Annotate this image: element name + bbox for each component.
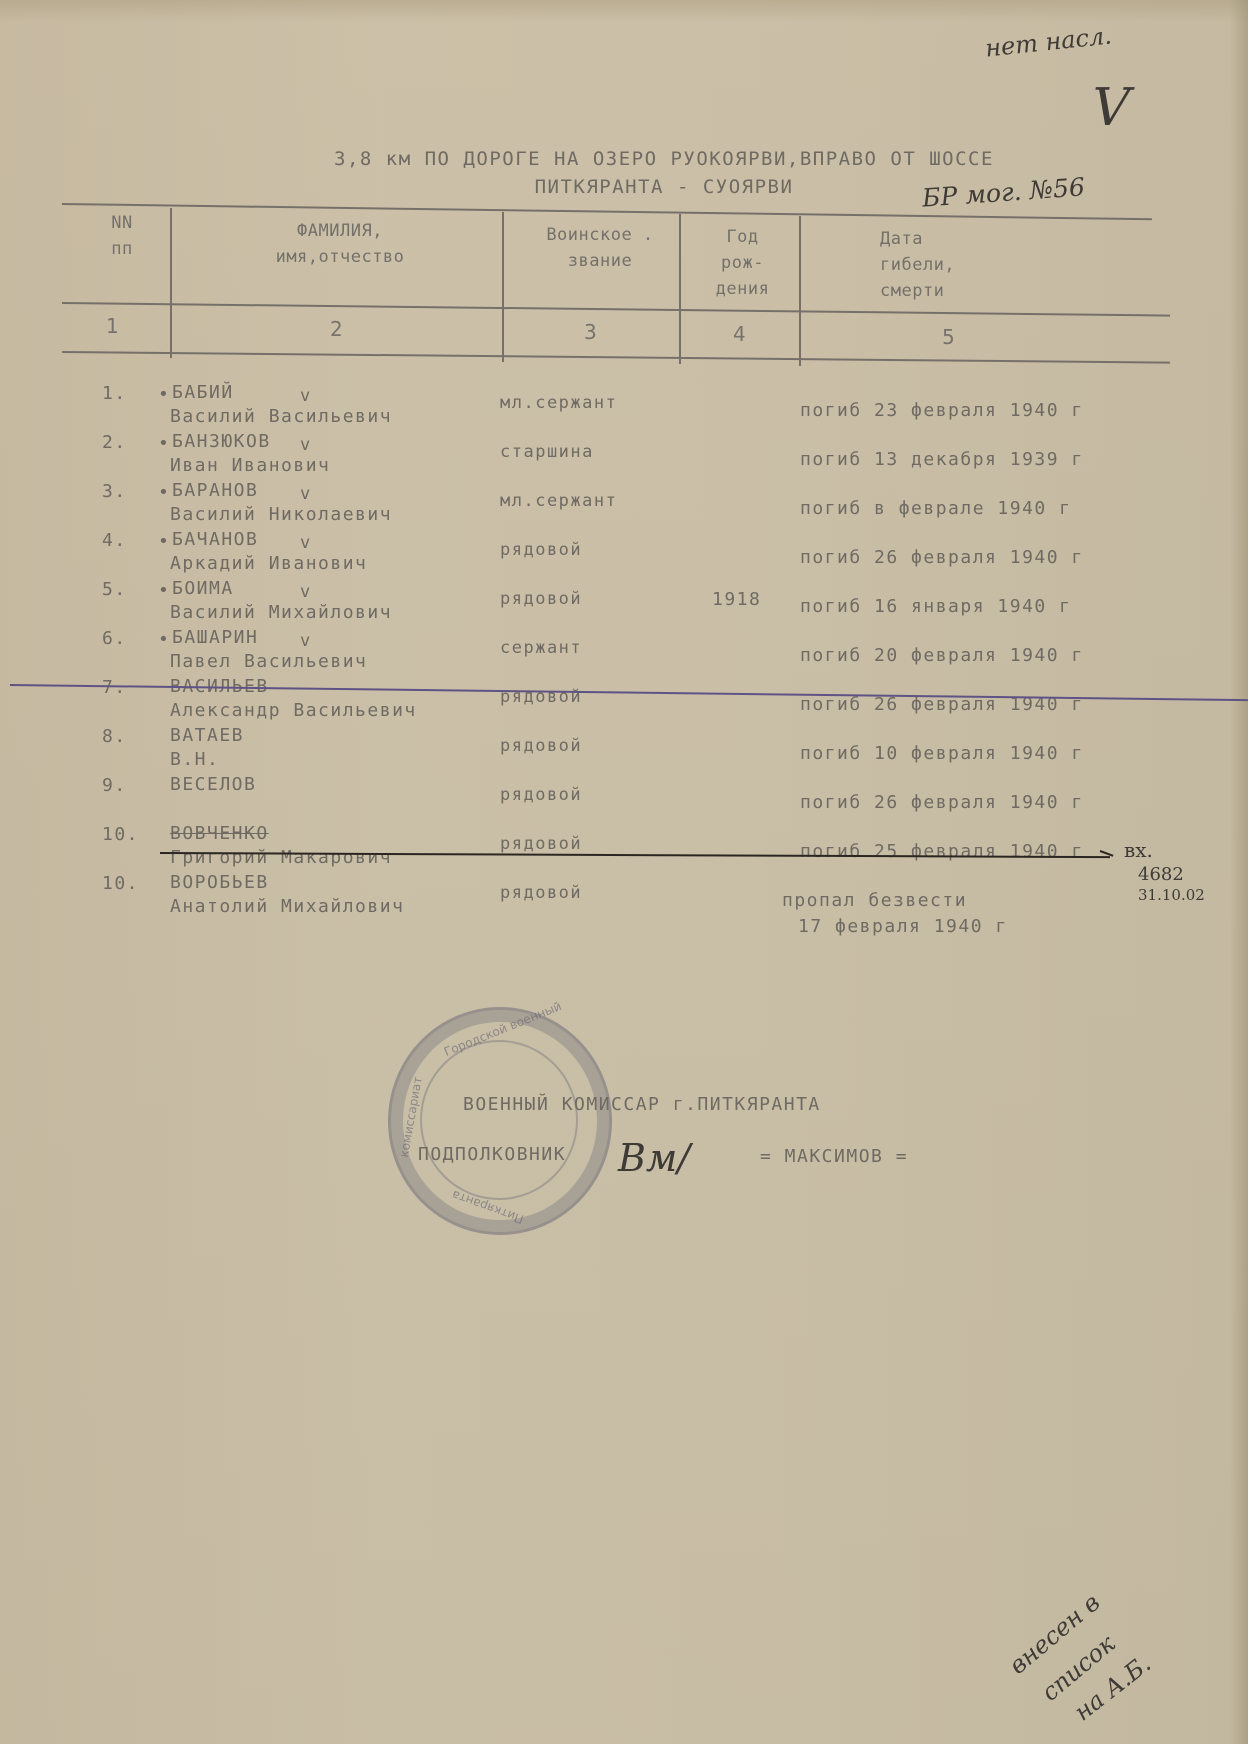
header-rank-line2: звание	[520, 248, 680, 274]
row-given-names: Анатолий Михайлович	[170, 896, 404, 917]
commissar-name: = МАКСИМОВ =	[760, 1146, 908, 1167]
column-number-2: 2	[330, 317, 343, 341]
header-birth-line3: дения	[690, 276, 795, 302]
row-birth-year: 1918	[712, 589, 761, 610]
check-mark-icon: v	[300, 386, 312, 406]
header-death-line2: гибели,	[880, 252, 1050, 278]
row-number: 10.	[102, 824, 139, 845]
row-rank: мл.сержант	[500, 393, 617, 413]
header-rank: Воинское . звание	[520, 222, 680, 274]
row-given-names: Иван Иванович	[170, 455, 330, 476]
row-rank: сержант	[500, 638, 582, 658]
col-divider-1	[170, 208, 172, 358]
row-mark: •	[158, 580, 170, 601]
check-mark-icon: v	[300, 533, 312, 553]
row-surname: ВОРОБЬЕВ	[170, 872, 269, 893]
row-surname: БАЧАНОВ	[172, 529, 258, 550]
column-number-4: 4	[733, 322, 746, 346]
row-given-names: Александр Васильевич	[170, 700, 417, 721]
row-rank: рядовой	[500, 883, 582, 903]
row-given-names: Василий Васильевич	[170, 406, 392, 427]
header-birth-line1: Год	[690, 224, 795, 250]
col-divider-4	[799, 216, 801, 366]
row-rank: мл.сержант	[500, 491, 617, 511]
document-title-line1: 3,8 км ПО ДОРОГЕ НА ОЗЕРО РУОКОЯРВИ,ВПРА…	[0, 148, 1248, 170]
row-mark: •	[158, 384, 170, 405]
row-given-names: Павел Васильевич	[170, 651, 367, 672]
row-number: 10.	[102, 873, 139, 894]
row-rank: рядовой	[500, 540, 582, 560]
row-death-info: погиб 13 декабря 1939 г	[800, 449, 1084, 470]
check-mark-icon: v	[300, 484, 312, 504]
header-death-date: Дата гибели, смерти	[830, 226, 1050, 304]
row-surname: БАНЗЮКОВ	[172, 431, 271, 452]
commissar-rank: ПОДПОЛКОВНИК	[418, 1144, 566, 1165]
row-death-info: погиб в феврале 1940 г	[800, 498, 1071, 519]
row-rank: рядовой	[500, 785, 582, 805]
header-birth-year: Год рож- дения	[690, 224, 795, 302]
paper-edge-right	[1230, 0, 1248, 1744]
row-rank: старшина	[500, 442, 594, 462]
header-nn-line1: NN	[82, 210, 162, 236]
header-name-line2: имя,отчество	[190, 244, 490, 270]
row-mark: •	[158, 433, 170, 454]
row-death-info: погиб 20 февраля 1940 г	[800, 645, 1084, 666]
column-number-3: 3	[584, 320, 597, 344]
row-death-info: погиб 10 февраля 1940 г	[800, 743, 1084, 764]
row-number: 5.	[102, 579, 127, 600]
header-death-line3: смерти	[880, 278, 1050, 304]
header-name: ФАМИЛИЯ, имя,отчество	[190, 218, 490, 270]
row-death-info: пропал безвести	[782, 890, 967, 911]
row-death-info: погиб 26 февраля 1940 г	[800, 792, 1084, 813]
header-death-line1: Дата	[880, 226, 1050, 252]
row-rank: рядовой	[500, 736, 582, 756]
row-number: 6.	[102, 628, 127, 649]
document-title-line2: ПИТКЯРАНТА - СУОЯРВИ	[0, 176, 1248, 198]
row-number: 1.	[102, 383, 127, 404]
row-mark: •	[158, 482, 170, 503]
row-surname: БАБИЙ	[172, 382, 234, 403]
row-number: 4.	[102, 530, 127, 551]
row-death-info: погиб 25 февраля 1940 г	[800, 841, 1084, 862]
row-surname: БОИМА	[172, 578, 234, 599]
row-mark: •	[158, 629, 170, 650]
row-given-names: Григорий Макарович	[170, 847, 392, 868]
handwritten-note-top: нет насл.	[984, 21, 1113, 62]
row-given-names: Аркадий Иванович	[170, 553, 367, 574]
row-death-info: погиб 26 февраля 1940 г	[800, 547, 1084, 568]
check-mark-icon: v	[300, 631, 312, 651]
column-number-5: 5	[942, 325, 955, 349]
row-surname: БАРАНОВ	[172, 480, 258, 501]
checkmark-icon: V	[1086, 78, 1136, 138]
row-surname: ВАТАЕВ	[170, 725, 244, 746]
col-divider-2	[502, 212, 504, 362]
table-header-rule	[62, 302, 1170, 317]
header-name-line1: ФАМИЛИЯ,	[190, 218, 490, 244]
incoming-label: вх.	[1124, 838, 1153, 862]
row-number: 7.	[102, 677, 127, 698]
check-mark-icon: v	[300, 582, 312, 602]
row-surname: ВЕСЕЛОВ	[170, 774, 256, 795]
row-death-info: погиб 23 февраля 1940 г	[800, 400, 1084, 421]
row-given-names: Василий Михайлович	[170, 602, 392, 623]
row-given-names: В.Н.	[170, 749, 219, 770]
incoming-date: 31.10.02	[1138, 886, 1205, 904]
official-stamp-inner-ring	[420, 1040, 578, 1200]
row-given-names: Василий Николаевич	[170, 504, 392, 525]
paper-edge-top	[0, 0, 1248, 22]
row-surname: БАШАРИН	[172, 627, 258, 648]
header-nn-line2: пп	[82, 236, 162, 262]
row-number: 3.	[102, 481, 127, 502]
header-nn: NN пп	[82, 210, 162, 262]
row-number: 9.	[102, 775, 127, 796]
column-number-1: 1	[106, 314, 119, 338]
row-mark: •	[158, 531, 170, 552]
table-numbers-rule	[62, 351, 1170, 364]
row-death-info-line2: 17 февраля 1940 г	[798, 916, 1008, 937]
header-birth-line2: рож-	[690, 250, 795, 276]
signature: Вм/	[618, 1136, 690, 1180]
row-surname: ВОВЧЕНКО	[170, 823, 269, 844]
row-number: 8.	[102, 726, 127, 747]
header-rank-line1: Воинское .	[520, 222, 680, 248]
incoming-number: 4682	[1138, 864, 1184, 885]
check-mark-icon: v	[300, 435, 312, 455]
row-rank: рядовой	[500, 834, 582, 854]
row-death-info: погиб 16 января 1940 г	[800, 596, 1071, 617]
row-rank: рядовой	[500, 589, 582, 609]
commissar-title: ВОЕННЫЙ КОМИССАР г.ПИТКЯРАНТА	[463, 1094, 821, 1115]
row-number: 2.	[102, 432, 127, 453]
